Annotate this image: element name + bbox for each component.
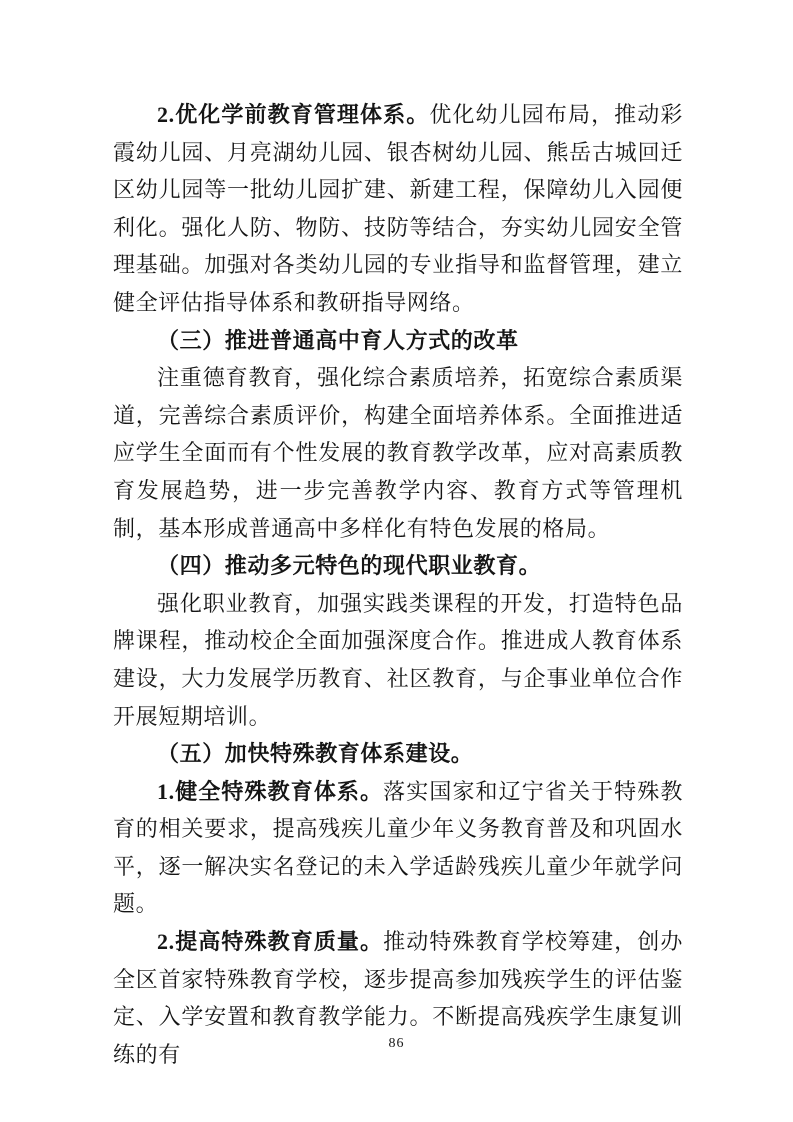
paragraph-lead: 2.优化学前教育管理体系。 (157, 102, 429, 127)
paragraph-high-school-reform: 注重德育教育，强化综合素质培养，拓宽综合素质渠道，完善综合素质评价，构建全面培养… (113, 359, 683, 547)
paragraph-text: 优化幼儿园布局，推动彩霞幼儿园、月亮湖幼儿园、银杏树幼儿园、熊岳古城回迁区幼儿园… (113, 102, 683, 315)
paragraph-preschool-management: 2.优化学前教育管理体系。优化幼儿园布局，推动彩霞幼儿园、月亮湖幼儿园、银杏树幼… (113, 96, 683, 322)
document-text-block: 2.优化学前教育管理体系。优化幼儿园布局，推动彩霞幼儿园、月亮湖幼儿园、银杏树幼… (113, 96, 683, 1073)
paragraph-lead: 2.提高特殊教育质量。 (157, 929, 383, 954)
section-heading-text: （四）推动多元特色的现代职业教育。 (157, 553, 541, 578)
section-heading-5: （五）加快特殊教育体系建设。 (113, 735, 683, 773)
paragraph-text: 注重德育教育，强化综合素质培养，拓宽综合素质渠道，完善综合素质评价，构建全面培养… (113, 365, 683, 540)
section-heading-4: （四）推动多元特色的现代职业教育。 (113, 547, 683, 585)
section-heading-3: （三）推进普通高中育人方式的改革 (113, 322, 683, 360)
paragraph-special-education-system: 1.健全特殊教育体系。落实国家和辽宁省关于特殊教育的相关要求，提高残疾儿童少年义… (113, 773, 683, 923)
document-page: 2.优化学前教育管理体系。优化幼儿园布局，推动彩霞幼儿园、月亮湖幼儿园、银杏树幼… (0, 0, 793, 1122)
page-number: 86 (0, 1036, 793, 1052)
section-heading-text: （五）加快特殊教育体系建设。 (157, 741, 473, 766)
paragraph-vocational-education: 强化职业教育，加强实践类课程的开发，打造特色品牌课程，推动校企全面加强深度合作。… (113, 585, 683, 735)
paragraph-lead: 1.健全特殊教育体系。 (157, 779, 383, 804)
paragraph-text: 强化职业教育，加强实践类课程的开发，打造特色品牌课程，推动校企全面加强深度合作。… (113, 591, 683, 729)
section-heading-text: （三）推进普通高中育人方式的改革 (157, 328, 519, 353)
